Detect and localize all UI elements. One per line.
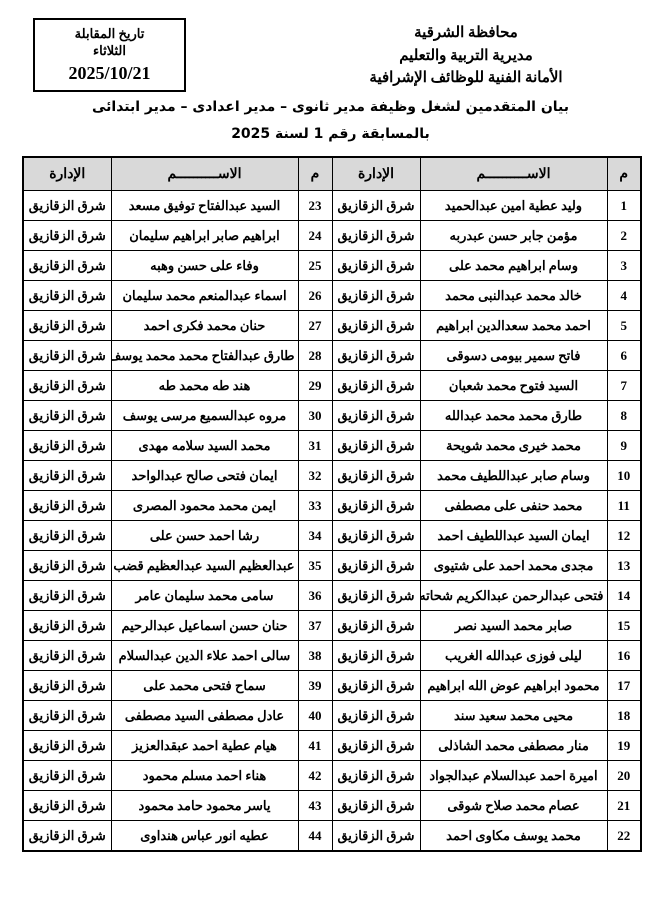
num-cell: 32 (298, 461, 332, 491)
table-row: 9محمد خيرى محمد شويحةشرق الزقازيق31محمد … (23, 431, 641, 461)
admin-cell: شرق الزقازيق (23, 221, 111, 251)
table-row: 3وسام ابراهيم محمد علىشرق الزقازيق25وفاء… (23, 251, 641, 281)
name-cell: السيد عبدالفتاح توفيق مسعد (111, 191, 298, 221)
num-cell: 22 (607, 821, 641, 852)
admin-cell: شرق الزقازيق (23, 671, 111, 701)
name-cell: ايمان فتحى صالح عبدالواحد (111, 461, 298, 491)
header-admin-left: الإدارة (23, 157, 111, 191)
admin-cell: شرق الزقازيق (23, 551, 111, 581)
header-number-right: م (607, 157, 641, 191)
name-cell: طارق عبدالفتاح محمد محمد يوسف (111, 341, 298, 371)
name-cell: وسام صابر عبداللطيف محمد (420, 461, 607, 491)
name-cell: رشا احمد حسن على (111, 521, 298, 551)
name-cell: فاتح سمير بيومى دسوقى (420, 341, 607, 371)
table-row: 20اميرة احمد عبدالسلام عبدالجوادشرق الزق… (23, 761, 641, 791)
table-row: 4خالد محمد عبدالنبى محمدشرق الزقازيق26اس… (23, 281, 641, 311)
num-cell: 23 (298, 191, 332, 221)
admin-cell: شرق الزقازيق (332, 611, 420, 641)
admin-cell: شرق الزقازيق (23, 191, 111, 221)
num-cell: 41 (298, 731, 332, 761)
num-cell: 11 (607, 491, 641, 521)
num-cell: 8 (607, 401, 641, 431)
num-cell: 20 (607, 761, 641, 791)
name-cell: مؤمن جابر حسن عبدربه (420, 221, 607, 251)
num-cell: 39 (298, 671, 332, 701)
num-cell: 16 (607, 641, 641, 671)
admin-cell: شرق الزقازيق (23, 341, 111, 371)
admin-cell: شرق الزقازيق (23, 371, 111, 401)
admin-cell: شرق الزقازيق (23, 821, 111, 852)
admin-cell: شرق الزقازيق (332, 701, 420, 731)
admin-cell: شرق الزقازيق (332, 551, 420, 581)
table-row: 15صابر محمد السيد نصرشرق الزقازيق37حنان … (23, 611, 641, 641)
table-row: 5احمد محمد سعدالدين ابراهيمشرق الزقازيق2… (23, 311, 641, 341)
table-row: 1وليد عطية امين عبدالحميدشرق الزقازيق23ا… (23, 191, 641, 221)
num-cell: 15 (607, 611, 641, 641)
secretariat-line: الأمانة الفنية للوظائف الإشرافية (316, 67, 616, 90)
num-cell: 26 (298, 281, 332, 311)
admin-cell: شرق الزقازيق (23, 761, 111, 791)
num-cell: 38 (298, 641, 332, 671)
admin-cell: شرق الزقازيق (23, 521, 111, 551)
admin-cell: شرق الزقازيق (23, 641, 111, 671)
applicants-table-body: 1وليد عطية امين عبدالحميدشرق الزقازيق23ا… (23, 191, 641, 852)
num-cell: 17 (607, 671, 641, 701)
num-cell: 28 (298, 341, 332, 371)
num-cell: 9 (607, 431, 641, 461)
name-cell: هند طه محمد طه (111, 371, 298, 401)
name-cell: ابراهيم صابر ابراهيم سليمان (111, 221, 298, 251)
table-header-row: م الاســــــــــم الإدارة م الاســــــــ… (23, 157, 641, 191)
admin-cell: شرق الزقازيق (23, 731, 111, 761)
admin-cell: شرق الزقازيق (23, 611, 111, 641)
name-cell: هيام عطية احمد عبقدالعزيز (111, 731, 298, 761)
num-cell: 34 (298, 521, 332, 551)
num-cell: 35 (298, 551, 332, 581)
num-cell: 2 (607, 221, 641, 251)
num-cell: 43 (298, 791, 332, 821)
num-cell: 27 (298, 311, 332, 341)
admin-cell: شرق الزقازيق (23, 791, 111, 821)
admin-cell: شرق الزقازيق (23, 701, 111, 731)
header-name-left: الاســــــــــم (111, 157, 298, 191)
num-cell: 25 (298, 251, 332, 281)
table-row: 18محيى محمد سعيد سندشرق الزقازيق40عادل م… (23, 701, 641, 731)
admin-cell: شرق الزقازيق (332, 371, 420, 401)
header-name-right: الاســــــــــم (420, 157, 607, 191)
name-cell: احمد محمد سعدالدين ابراهيم (420, 311, 607, 341)
organization-header: محافظة الشرقية مديرية التربية والتعليم ا… (316, 22, 616, 90)
admin-cell: شرق الزقازيق (332, 431, 420, 461)
admin-cell: شرق الزقازيق (332, 641, 420, 671)
admin-cell: شرق الزقازيق (23, 431, 111, 461)
interview-date-label: تاريخ المقابلة (37, 26, 182, 42)
num-cell: 36 (298, 581, 332, 611)
num-cell: 1 (607, 191, 641, 221)
num-cell: 19 (607, 731, 641, 761)
interview-date-box: تاريخ المقابلة الثلاثاء 2025/10/21 (33, 18, 186, 92)
name-cell: السيد فتوح محمد شعبان (420, 371, 607, 401)
name-cell: طارق محمد محمد عبدالله (420, 401, 607, 431)
name-cell: محيى محمد سعيد سند (420, 701, 607, 731)
admin-cell: شرق الزقازيق (332, 491, 420, 521)
name-cell: ايمن محمد محمود المصرى (111, 491, 298, 521)
name-cell: محمد يوسف مكاوى احمد (420, 821, 607, 852)
num-cell: 18 (607, 701, 641, 731)
name-cell: سالى احمد علاء الدين عبدالسلام (111, 641, 298, 671)
admin-cell: شرق الزقازيق (332, 251, 420, 281)
name-cell: هناء احمد مسلم محمود (111, 761, 298, 791)
name-cell: وليد عطية امين عبدالحميد (420, 191, 607, 221)
num-cell: 14 (607, 581, 641, 611)
admin-cell: شرق الزقازيق (332, 191, 420, 221)
num-cell: 13 (607, 551, 641, 581)
applicants-table: م الاســــــــــم الإدارة م الاســــــــ… (22, 156, 642, 852)
name-cell: حنان محمد فكرى احمد (111, 311, 298, 341)
name-cell: وسام ابراهيم محمد على (420, 251, 607, 281)
num-cell: 33 (298, 491, 332, 521)
table-row: 14فتحى عبدالرحمن عبدالكريم شحاتهشرق الزق… (23, 581, 641, 611)
table-row: 2مؤمن جابر حسن عبدربهشرق الزقازيق24ابراه… (23, 221, 641, 251)
admin-cell: شرق الزقازيق (332, 761, 420, 791)
admin-cell: شرق الزقازيق (332, 341, 420, 371)
table-row: 11محمد حنفى على مصطفىشرق الزقازيق33ايمن … (23, 491, 641, 521)
name-cell: اميرة احمد عبدالسلام عبدالجواد (420, 761, 607, 791)
name-cell: اسماء عبدالمنعم محمد سليمان (111, 281, 298, 311)
admin-cell: شرق الزقازيق (332, 401, 420, 431)
name-cell: صابر محمد السيد نصر (420, 611, 607, 641)
admin-cell: شرق الزقازيق (332, 281, 420, 311)
num-cell: 40 (298, 701, 332, 731)
num-cell: 37 (298, 611, 332, 641)
table-row: 10وسام صابر عبداللطيف محمدشرق الزقازيق32… (23, 461, 641, 491)
admin-cell: شرق الزقازيق (23, 281, 111, 311)
name-cell: مروه عبدالسميع مرسى يوسف (111, 401, 298, 431)
interview-date-value: 2025/10/21 (37, 63, 182, 84)
admin-cell: شرق الزقازيق (332, 221, 420, 251)
num-cell: 5 (607, 311, 641, 341)
document-subtitle: بالمسابقة رقم 1 لسنة 2025 (0, 126, 661, 142)
admin-cell: شرق الزقازيق (23, 461, 111, 491)
table-row: 22محمد يوسف مكاوى احمدشرق الزقازيق44عطيه… (23, 821, 641, 852)
admin-cell: شرق الزقازيق (332, 671, 420, 701)
admin-cell: شرق الزقازيق (332, 521, 420, 551)
admin-cell: شرق الزقازيق (23, 581, 111, 611)
name-cell: عبدالعظيم السيد عبدالعظيم قضب (111, 551, 298, 581)
num-cell: 6 (607, 341, 641, 371)
directorate-line: مديرية التربية والتعليم (316, 45, 616, 68)
admin-cell: شرق الزقازيق (23, 401, 111, 431)
name-cell: منار مصطفى محمد الشاذلى (420, 731, 607, 761)
num-cell: 42 (298, 761, 332, 791)
table-row: 17محمود ابراهيم عوض الله ابراهيمشرق الزق… (23, 671, 641, 701)
name-cell: ياسر محمود حامد محمود (111, 791, 298, 821)
name-cell: عطيه انور عباس هنداوى (111, 821, 298, 852)
name-cell: محمد خيرى محمد شويحة (420, 431, 607, 461)
name-cell: عادل مصطفى السيد مصطفى (111, 701, 298, 731)
admin-cell: شرق الزقازيق (23, 491, 111, 521)
table-row: 6فاتح سمير بيومى دسوقىشرق الزقازيق28طارق… (23, 341, 641, 371)
name-cell: عصام محمد صلاح شوقى (420, 791, 607, 821)
num-cell: 10 (607, 461, 641, 491)
name-cell: محمد السيد سلامه مهدى (111, 431, 298, 461)
name-cell: حنان حسن اسماعيل عبدالرحيم (111, 611, 298, 641)
num-cell: 24 (298, 221, 332, 251)
table-row: 7السيد فتوح محمد شعبانشرق الزقازيق29هند … (23, 371, 641, 401)
name-cell: مجدى محمد احمد على شتيوى (420, 551, 607, 581)
admin-cell: شرق الزقازيق (23, 251, 111, 281)
num-cell: 12 (607, 521, 641, 551)
table-row: 12ايمان السيد عبداللطيف احمدشرق الزقازيق… (23, 521, 641, 551)
num-cell: 21 (607, 791, 641, 821)
admin-cell: شرق الزقازيق (332, 311, 420, 341)
name-cell: ليلى فوزى عبدالله الغريب (420, 641, 607, 671)
table-row: 8طارق محمد محمد عبداللهشرق الزقازيق30مرو… (23, 401, 641, 431)
document-title: بيان المتقدمين لشغل وظيفة مدير ثانوى – م… (0, 99, 661, 115)
name-cell: فتحى عبدالرحمن عبدالكريم شحاته (420, 581, 607, 611)
num-cell: 31 (298, 431, 332, 461)
name-cell: خالد محمد عبدالنبى محمد (420, 281, 607, 311)
table-row: 16ليلى فوزى عبدالله الغريبشرق الزقازيق38… (23, 641, 641, 671)
num-cell: 29 (298, 371, 332, 401)
num-cell: 7 (607, 371, 641, 401)
header-admin-right: الإدارة (332, 157, 420, 191)
name-cell: ايمان السيد عبداللطيف احمد (420, 521, 607, 551)
governorate-line: محافظة الشرقية (316, 22, 616, 45)
interview-day: الثلاثاء (37, 43, 182, 59)
admin-cell: شرق الزقازيق (332, 731, 420, 761)
name-cell: سامى محمد سليمان عامر (111, 581, 298, 611)
table-row: 13مجدى محمد احمد على شتيوىشرق الزقازيق35… (23, 551, 641, 581)
num-cell: 4 (607, 281, 641, 311)
name-cell: محمد حنفى على مصطفى (420, 491, 607, 521)
header-number-left: م (298, 157, 332, 191)
admin-cell: شرق الزقازيق (332, 791, 420, 821)
name-cell: سماح فتحى محمد على (111, 671, 298, 701)
admin-cell: شرق الزقازيق (332, 461, 420, 491)
table-row: 19منار مصطفى محمد الشاذلىشرق الزقازيق41ه… (23, 731, 641, 761)
table-row: 21عصام محمد صلاح شوقىشرق الزقازيق43ياسر … (23, 791, 641, 821)
name-cell: وفاء على حسن وهبه (111, 251, 298, 281)
admin-cell: شرق الزقازيق (332, 581, 420, 611)
num-cell: 44 (298, 821, 332, 852)
admin-cell: شرق الزقازيق (332, 821, 420, 852)
num-cell: 30 (298, 401, 332, 431)
document-page: تاريخ المقابلة الثلاثاء 2025/10/21 محافظ… (0, 0, 661, 901)
num-cell: 3 (607, 251, 641, 281)
admin-cell: شرق الزقازيق (23, 311, 111, 341)
name-cell: محمود ابراهيم عوض الله ابراهيم (420, 671, 607, 701)
